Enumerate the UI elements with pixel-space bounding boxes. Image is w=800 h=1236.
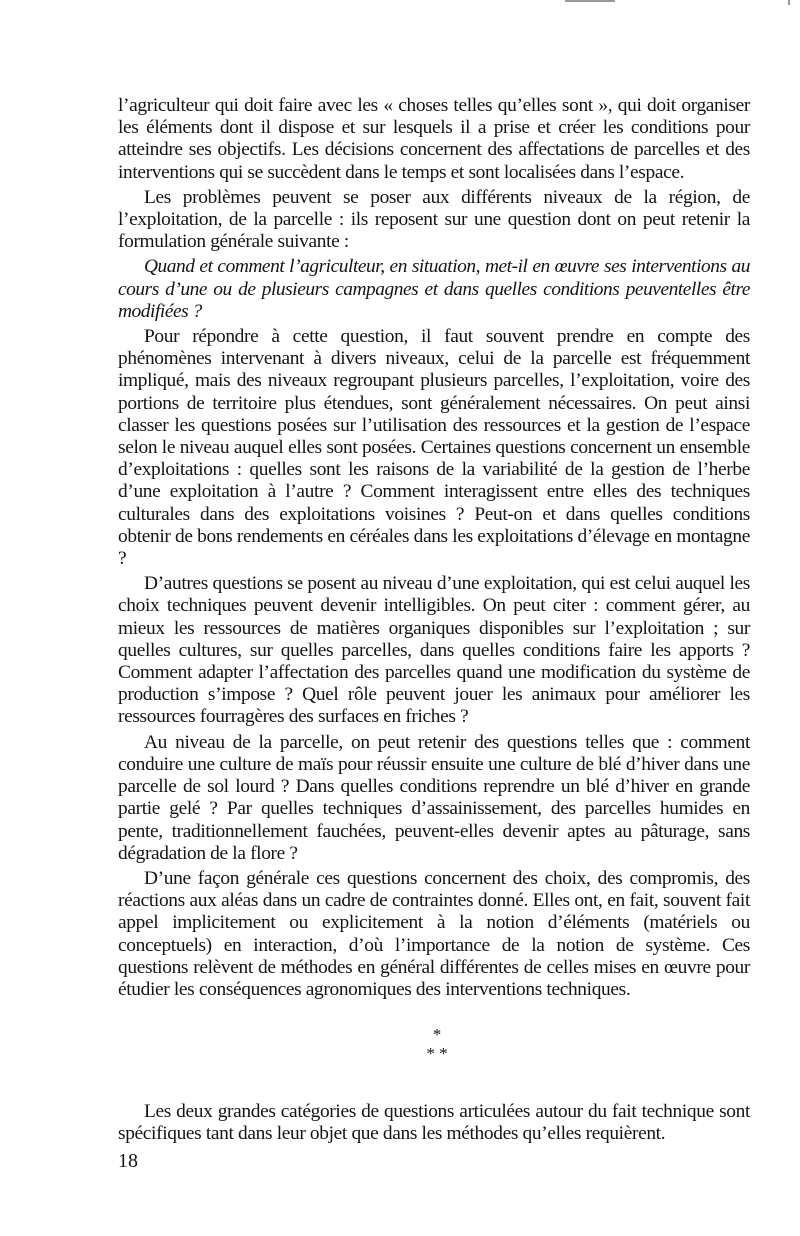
- scan-artifact-top: [565, 0, 615, 2]
- section-separator: * * *: [118, 1025, 750, 1063]
- scan-artifact-right: [788, 0, 790, 5]
- paragraph-farm-level: D’autres questions se posent au niveau d…: [118, 573, 750, 728]
- paragraph-problems-levels: Les problèmes peuvent se poser aux diffé…: [118, 187, 750, 254]
- separator-star-bottom: * *: [124, 1044, 750, 1063]
- document-page: l’agriculteur qui doit faire avec les « …: [118, 95, 750, 1172]
- paragraph-general-question: Quand et comment l’agriculteur, en situa…: [118, 256, 750, 323]
- paragraph-general-conclusion: D’une façon générale ces questions conce…: [118, 868, 750, 1001]
- paragraph-continuation: l’agriculteur qui doit faire avec les « …: [118, 95, 750, 184]
- paragraph-final: Les deux grandes catégories de questions…: [118, 1101, 750, 1145]
- separator-star-top: *: [124, 1025, 750, 1044]
- paragraph-answer-levels: Pour répondre à cette question, il faut …: [118, 326, 750, 570]
- page-number: 18: [118, 1150, 750, 1172]
- paragraph-plot-level: Au niveau de la parcelle, on peut reteni…: [118, 732, 750, 865]
